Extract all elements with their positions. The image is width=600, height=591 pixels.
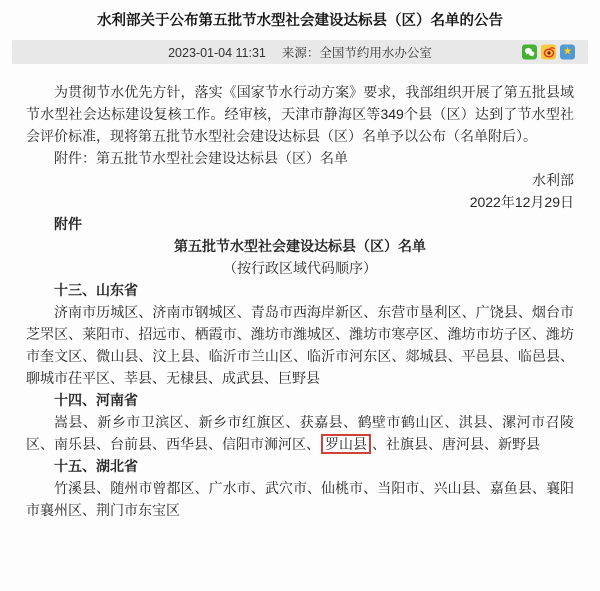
appendix-label: 附件 (26, 213, 574, 235)
publish-datetime: 2023-01-04 11:31 (168, 46, 266, 60)
section-body-henan: 嵩县、新乡市卫滨区、新乡市红旗区、获嘉县、鹤壁市鹤山区、淇县、漯河市召陵区、南乐… (26, 411, 574, 455)
source-label: 来源：全国节约用水办公室 (282, 46, 432, 60)
appendix-subtitle: （按行政区域代码顺序） (26, 257, 574, 279)
signature-date: 2022年12月29日 (26, 191, 574, 213)
favorite-star-icon[interactable]: ★ (560, 45, 575, 60)
county-list-text: 竹溪县、随州市曾都区、广水市、武穴市、仙桃市、当阳市、兴山县、嘉鱼县、襄阳市襄州… (26, 480, 574, 518)
section-heading-hubei: 十五、湖北省 (26, 455, 574, 477)
county-list-text: 、社旗县、唐河县、新野县 (372, 436, 540, 452)
signer-name: 水利部 (26, 169, 574, 191)
section-body-shandong: 济南市历城区、济南市钢城区、青岛市西海岸新区、东营市垦利区、广饶县、烟台市芝罘区… (26, 301, 574, 389)
meta-info: 2023-01-04 11:31来源：全国节约用水办公室 (12, 43, 588, 61)
county-list-text: 济南市历城区、济南市钢城区、青岛市西海岸新区、东营市垦利区、广饶县、烟台市芝罘区… (26, 304, 574, 386)
section-body-hubei: 竹溪县、随州市曾都区、广水市、武穴市、仙桃市、当阳市、兴山县、嘉鱼县、襄阳市襄州… (26, 477, 574, 521)
attachment-reference: 附件：第五批节水型社会建设达标县（区）名单 (26, 147, 574, 169)
wechat-bubbles-glyph (524, 47, 535, 58)
appendix-title: 第五批节水型社会建设达标县（区）名单 (26, 235, 574, 257)
section-heading-shandong: 十三、山东省 (26, 279, 574, 301)
star-glyph: ★ (563, 47, 573, 58)
announcement-title: 水利部关于公布第五批节水型社会建设达标县（区）名单的公告 (30, 12, 570, 31)
document-body: 为贯彻节水优先方针，落实《国家节水行动方案》要求，我部组织开展了第五批县域节水型… (0, 64, 600, 521)
share-icon-group: ★ (522, 45, 575, 60)
weibo-eye-glyph (543, 46, 555, 58)
weibo-share-icon[interactable] (541, 45, 556, 60)
section-heading-henan: 十四、河南省 (26, 389, 574, 411)
intro-paragraph: 为贯彻节水优先方针，落实《国家节水行动方案》要求，我部组织开展了第五批县域节水型… (26, 81, 574, 147)
highlighted-county: 罗山县 (321, 434, 371, 454)
wechat-share-icon[interactable] (522, 45, 537, 60)
meta-bar: 2023-01-04 11:31来源：全国节约用水办公室 ★ (12, 40, 588, 64)
